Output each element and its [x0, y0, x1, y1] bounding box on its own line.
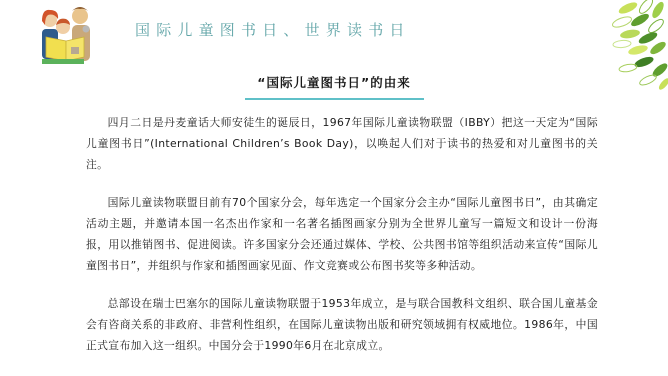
paragraph-origin: 四月二日是丹麦童话大师安徒生的诞辰日，1967年国际儿童读物联盟（IBBY）把这… [86, 112, 598, 175]
family-reading-illustration [36, 3, 98, 65]
family-reading-icon [36, 3, 98, 65]
section-title: “国际儿童图书日”的由来 [0, 73, 668, 91]
paragraph-headquarters: 总部设在瑞士巴塞尔的国际儿童读物联盟于1953年成立，是与联合国教科文组织、联合… [86, 293, 598, 356]
page-header-title: 国际儿童图书日、世界读书日 [135, 19, 411, 40]
title-divider [245, 98, 424, 100]
paragraph-activities: 国际儿童读物联盟目前有70个国家分会，每年选定一个国家分会主办“国际儿童图书日”… [86, 192, 598, 276]
article-body: 四月二日是丹麦童话大师安徒生的诞辰日，1967年国际儿童读物联盟（IBBY）把这… [86, 112, 598, 373]
